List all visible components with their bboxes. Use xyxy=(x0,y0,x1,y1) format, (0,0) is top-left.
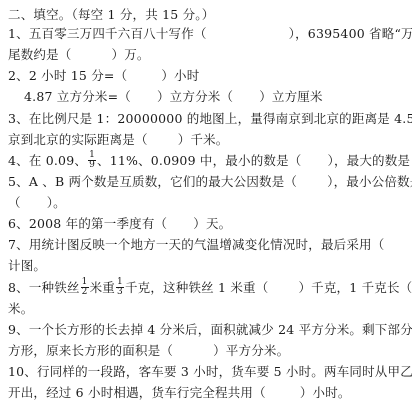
q5-text-c: （ xyxy=(8,195,21,210)
q4-text-c: ），最大的数是（ xyxy=(328,153,412,168)
fraction-denominator: 2 xyxy=(81,288,89,297)
question-9-line-1: 9、一个长方形的长去掉 4 分米后，面积就减少 24 平方分米。剩下部分正好是正 xyxy=(8,319,412,340)
q2-text-e: ）立方厘米 xyxy=(259,89,323,104)
q8-text-d: ）千克，1 千克长（ xyxy=(298,280,412,295)
q7-text-a: 7、用统计图反映一个地方一天的气温增减变化情况时，最后采用（ xyxy=(8,237,384,252)
question-7-line-1: 7、用统计图反映一个地方一天的气温增减变化情况时，最后采用（）统 xyxy=(8,234,412,255)
question-3-line-1: 3、在比例尺是 1：20000000 的地图上，量得南京到北京的距离是 4.5 … xyxy=(8,108,412,129)
q9-text-c: ）平方分米。 xyxy=(213,343,289,358)
q7-text-c: 计图。 xyxy=(8,258,46,273)
section-title-text: 二、填空。（每空 1 分，共 15 分。） xyxy=(8,7,214,22)
q8-text-f: 米。 xyxy=(8,301,33,316)
q3-text-b: 京到北京的实际距离是（ xyxy=(8,132,148,147)
question-3-line-2: 京到北京的实际距离是（）千米。 xyxy=(8,129,229,150)
question-9-line-2: 方形，原来长方形的面积是（）平方分米。 xyxy=(8,340,289,361)
q1-text-d: ）万。 xyxy=(112,47,150,62)
q2-text-d: ）立方分米（ xyxy=(157,89,233,104)
q10-text-a: 10、行同样的一段路，客车要 3 小时，货车要 5 小时。两车同时从甲乙两地相对 xyxy=(8,364,412,379)
q1-text-c: 尾数约是（ xyxy=(8,47,72,62)
fraction-one-ninth: 19 xyxy=(88,151,96,170)
q2-text-c: 4.87 立方分米=（ xyxy=(24,89,131,104)
question-2-line-2: 4.87 立方分米=（）立方分米（）立方厘米 xyxy=(24,86,323,107)
q4-text-b: 、11%、0.0909 中，最小的数是（ xyxy=(97,153,302,168)
q8-text-c: 千克，这种铁丝 1 米重（ xyxy=(125,280,269,295)
question-7-line-2: 计图。 xyxy=(8,255,46,276)
q3-text-a: 3、在比例尺是 1：20000000 的地图上，量得南京到北京的距离是 4.5 … xyxy=(8,111,412,126)
q3-text-c: ）千米。 xyxy=(178,132,229,147)
fraction-one-half: 12 xyxy=(81,278,89,297)
q5-text-d: ）。 xyxy=(47,195,66,210)
question-10-line-2: 开出，经过 6 小时相遇，货车行完全程共用（）小时。 xyxy=(8,382,351,403)
question-8-line-2: 米。 xyxy=(8,298,33,319)
q5-text-b: ），最小公倍数是 xyxy=(327,174,412,189)
q5-text-a: 5、A 、B 两个数是互质数，它们的最大公因数是（ xyxy=(8,174,297,189)
question-1-line-1: 1、五百零三万四千六百八十写作（），6395400 省略“万”后面的 xyxy=(8,23,412,44)
question-10-line-1: 10、行同样的一段路，客车要 3 小时，货车要 5 小时。两车同时从甲乙两地相对 xyxy=(8,361,412,382)
fraction-denominator: 9 xyxy=(88,161,96,170)
fraction-denominator: 3 xyxy=(116,288,124,297)
question-1-line-2: 尾数约是（）万。 xyxy=(8,44,150,65)
q2-text-b: ）小时 xyxy=(161,68,199,83)
q9-text-b: 方形，原来长方形的面积是（ xyxy=(8,343,173,358)
question-5-line-1: 5、A 、B 两个数是互质数，它们的最大公因数是（），最小公倍数是 xyxy=(8,171,412,192)
q10-text-c: ）小时。 xyxy=(300,385,351,400)
question-5-line-2: （）。 xyxy=(8,192,66,213)
q2-text-a: 2、2 小时 15 分=（ xyxy=(8,68,127,83)
q8-text-b: 米重 xyxy=(90,280,115,295)
q1-text-a: 1、五百零三万四千六百八十写作（ xyxy=(8,26,207,41)
q8-text-a: 8、一种铁丝 xyxy=(8,280,80,295)
q9-text-a: 9、一个长方形的长去掉 4 分米后，面积就减少 24 平方分米。剩下部分正好是正 xyxy=(8,322,412,337)
q1-text-b: ），6395400 省略“万”后面的 xyxy=(289,26,412,41)
fraction-one-third: 13 xyxy=(116,278,124,297)
section-title: 二、填空。（每空 1 分，共 15 分。） xyxy=(8,4,214,25)
question-6: 6、2008 年的第一季度有（）天。 xyxy=(8,213,231,234)
q6-text-a: 6、2008 年的第一季度有（ xyxy=(8,216,167,231)
q6-text-b: ）天。 xyxy=(193,216,231,231)
q10-text-b: 开出，经过 6 小时相遇，货车行完全程共用（ xyxy=(8,385,266,400)
question-4: 4、在 0.09、19、11%、0.0909 中，最小的数是（），最大的数是（）… xyxy=(8,150,412,171)
q4-text-a: 4、在 0.09、 xyxy=(8,153,87,168)
question-2-line-1: 2、2 小时 15 分=（）小时 xyxy=(8,65,199,86)
question-8-line-1: 8、一种铁丝12米重13千克，这种铁丝 1 米重（）千克，1 千克长（） xyxy=(8,277,412,298)
